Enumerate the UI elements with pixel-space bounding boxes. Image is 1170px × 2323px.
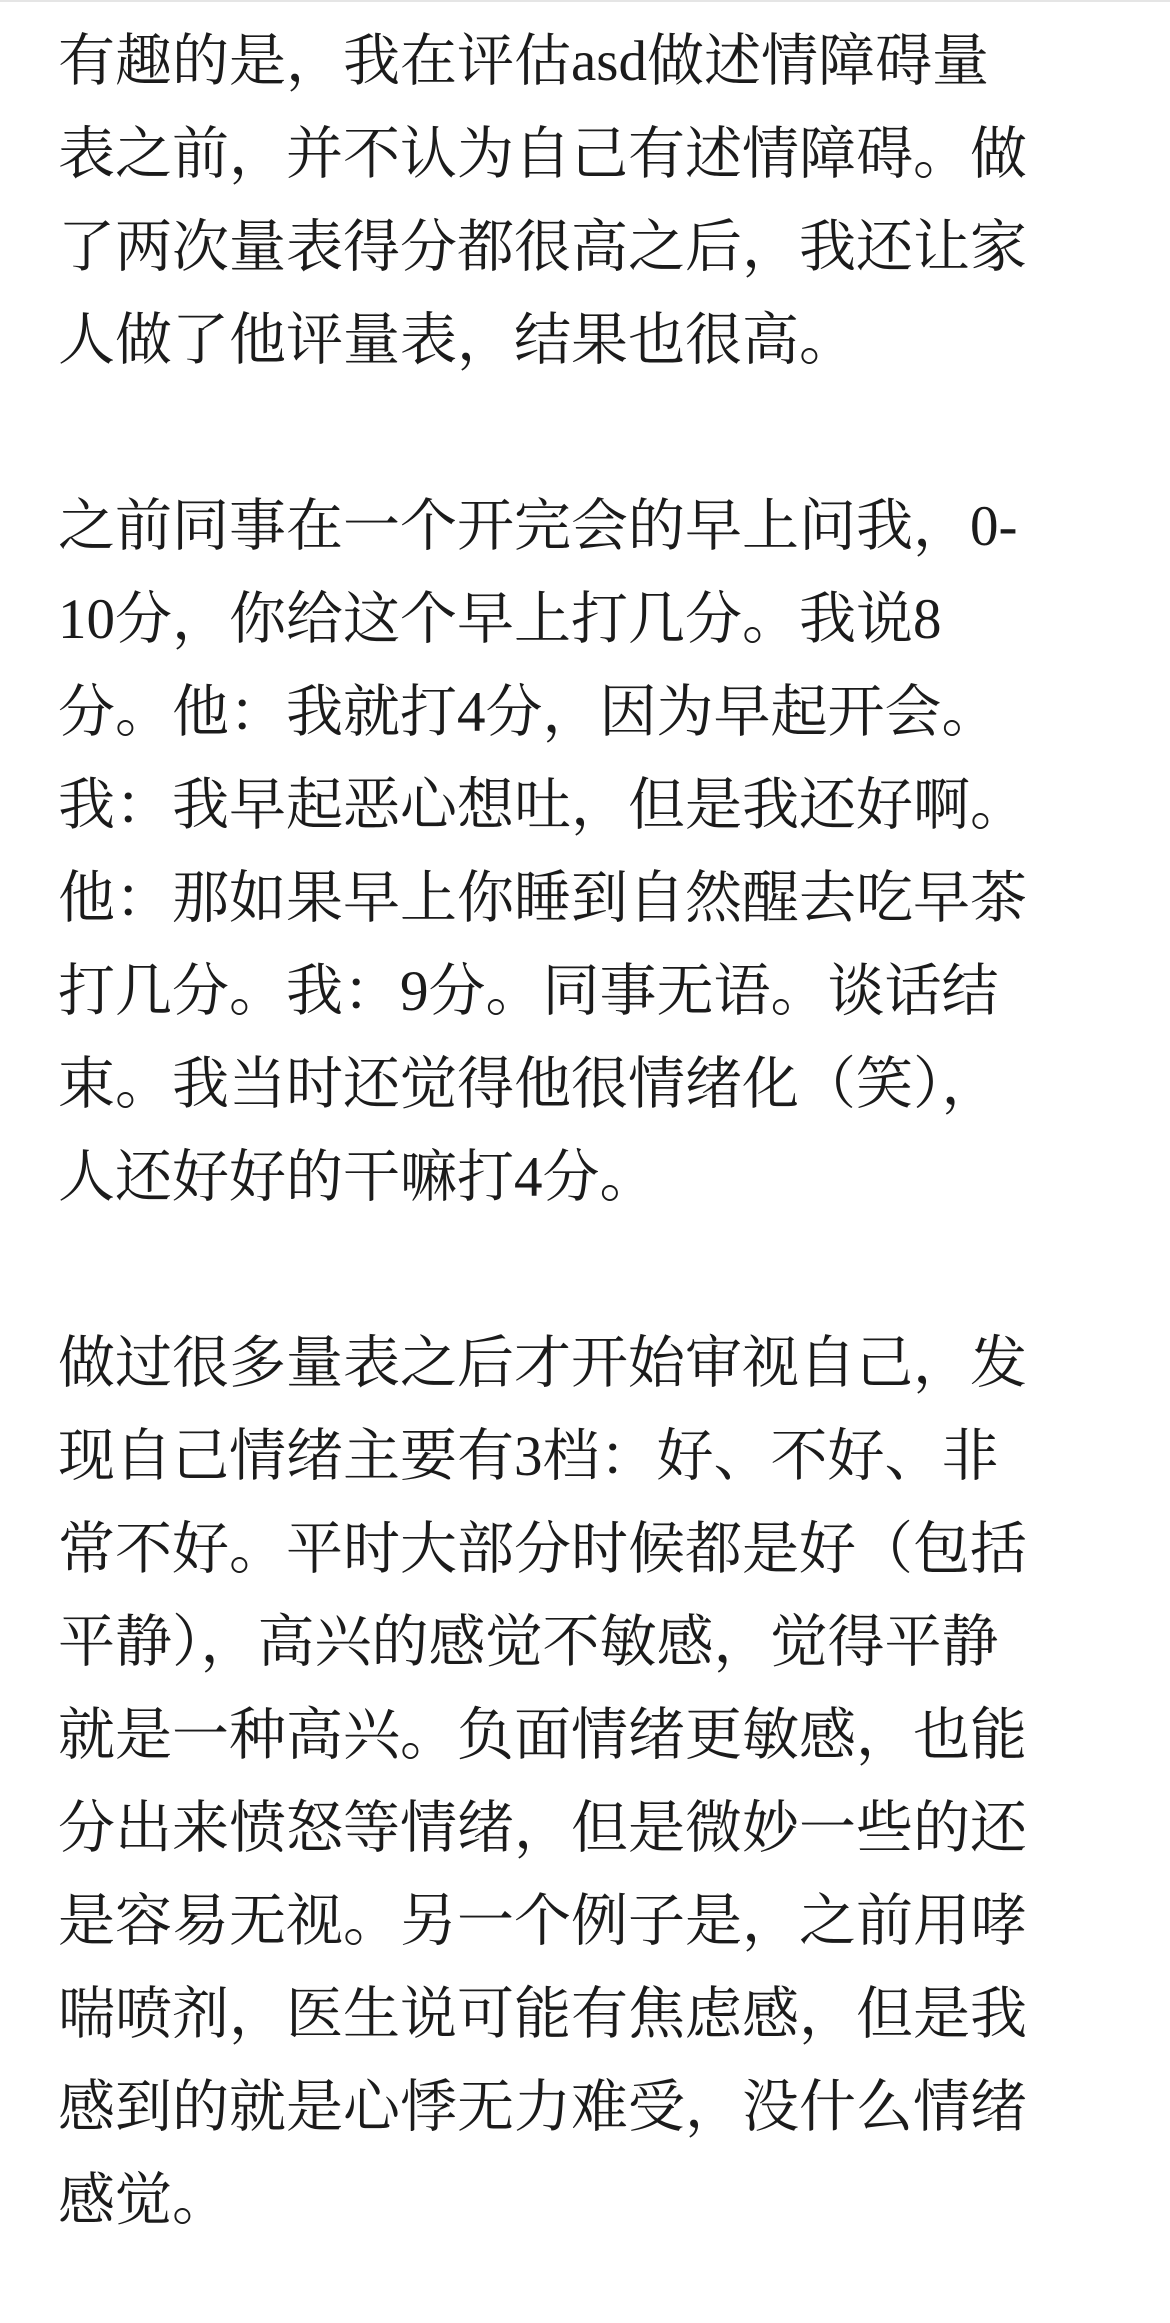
paragraph-2: 之前同事在一个开完会的早上问我，0- 10分，你给这个早上打几分。我说8 分。他… (58, 480, 1115, 1224)
screenshot-root: { "page": { "background_color": "#ffffff… (0, 0, 1170, 2323)
paragraph-1: 有趣的是，我在评估asd做述情障碍量 表之前，并不认为自己有述情障碍。做 了两次… (58, 15, 1115, 387)
article-body: 有趣的是，我在评估asd做述情障碍量 表之前，并不认为自己有述情障碍。做 了两次… (0, 2, 1170, 2247)
paragraph-3: 做过很多量表之后才开始审视自己，发 现自己情绪主要有3档：好、不好、非 常不好。… (58, 1317, 1115, 2247)
